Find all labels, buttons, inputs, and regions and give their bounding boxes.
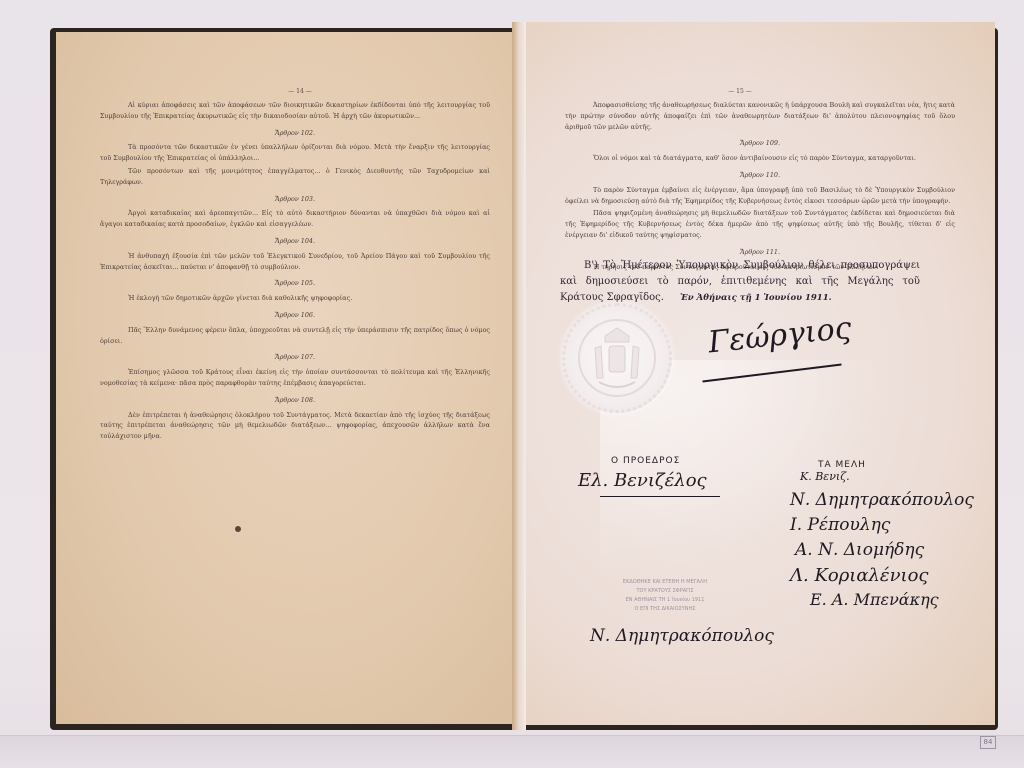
stamp-signature: Ν. Δημητρακόπουλος: [590, 626, 774, 646]
member-signature: Λ. Κοριαλένιος: [790, 565, 929, 586]
paragraph: Πᾶς Ἕλλην δυνάμενος φέρειν ὅπλα, ὑποχρεο…: [100, 325, 490, 347]
stamp-line: Ο ΕΠΙ ΤΗΣ ΔΙΚΑΙΟΣΥΝΗΣ: [605, 605, 725, 614]
paragraph: Τὰ προσόντα τῶν δικαστικῶν ἐν γένει ὑπαλ…: [100, 142, 490, 164]
right-page-text: Ἀποφασισθείσης τῆς ἀναθεωρήσεως διαλύετα…: [565, 100, 955, 274]
article-heading: Ἄρθρον 105.: [100, 278, 490, 289]
president-signature: Ελ. Βενιζέλος: [578, 470, 707, 491]
member-signature: Α. Ν. Διομήδης: [795, 540, 924, 560]
state-seal-emblem: [562, 303, 672, 413]
member-signature: Ι. Ρέπουλης: [790, 515, 890, 535]
article-heading: Ἄρθρον 104.: [100, 236, 490, 247]
paragraph: Ἡ ἐκλογὴ τῶν δημοτικῶν ἀρχῶν γίνεται διὰ…: [100, 293, 490, 304]
publication-stamp: ΕΚΔΟΘΗΚΕ ΚΑΙ ΕΤΕΘΗ Η ΜΕΓΑΛΗ ΤΟΥ ΚΡΑΤΟΥΣ …: [605, 578, 725, 614]
paragraph: Τὸ παρὸν Σύνταγμα ἐμβαίνει εἰς ἐνέργειαν…: [565, 185, 955, 207]
left-page-text: Αἱ κύριαι ἀποφάσεις καὶ τῶν ἀποφάσεων τῶ…: [100, 100, 490, 444]
member-signature: Ε. Α. Μπενάκης: [810, 590, 939, 609]
paragraph: Ἡ ἀνθυπαχὴ ἐξουσία ἐπὶ τῶν μελῶν τοῦ Ἐλε…: [100, 251, 490, 273]
left-page-number: — 14 —: [270, 88, 330, 95]
article-heading: Ἄρθρον 111.: [565, 247, 955, 258]
president-heading: Ο ΠΡΟΕΔΡΟΣ: [611, 456, 680, 466]
exhibit-label: 84: [980, 736, 996, 749]
paragraph: Ἐπίσημος γλῶσσα τοῦ Κράτους εἶναι ἐκείνη…: [100, 367, 490, 389]
paragraph: Ὅλοι οἱ νόμοι καὶ τὰ διατάγματα, καθ' ὅσ…: [565, 153, 955, 164]
article-heading: Ἄρθρον 103.: [100, 194, 490, 205]
paragraph: Δὲν ἐπιτρέπεται ἡ ἀναθεώρησις ὁλοκλήρου …: [100, 410, 490, 442]
right-page-number: — 15 —: [710, 88, 770, 95]
coat-of-arms-icon: [565, 306, 669, 410]
stamp-line: ΕΝ ΑΘΗΝΑΙΣ ΤΗ 1 Ἰουνίου 1911: [605, 596, 725, 605]
display-shelf: [0, 735, 1024, 768]
dateline: Ἐν Ἀθήναις τῇ 1 Ἰουνίου 1911.: [680, 293, 832, 303]
article-heading: Ἄρθρον 106.: [100, 310, 490, 321]
paragraph: Πᾶσα ψηφιζομένη ἀναθεώρησις μὴ θεμελιωδῶ…: [565, 208, 955, 240]
members-heading: ΤΑ ΜΕΛΗ: [818, 460, 866, 470]
article-heading: Ἄρθρον 109.: [565, 138, 955, 149]
paragraph: Ἀργοὶ καταδικαίας καὶ ἀρεοπαγιτῶν... Εἰς…: [100, 208, 490, 230]
member-signature: Κ. Βενιζ.: [800, 470, 850, 483]
ink-stain: [235, 526, 241, 532]
paragraph: Ἀποφασισθείσης τῆς ἀναθεωρήσεως διαλύετα…: [565, 100, 955, 132]
article-heading: Ἄρθρον 110.: [565, 170, 955, 181]
stamp-line: ΤΟΥ ΚΡΑΤΟΥΣ ΣΦΡΑΓΙΣ: [605, 587, 725, 596]
article-heading: Ἄρθρον 107.: [100, 352, 490, 363]
book-gutter: [512, 22, 526, 730]
stamp-line: ΕΚΔΟΘΗΚΕ ΚΑΙ ΕΤΕΘΗ Η ΜΕΓΑΛΗ: [605, 578, 725, 587]
president-signature-underline: [600, 496, 720, 497]
paragraph: Αἱ κύριαι ἀποφάσεις καὶ τῶν ἀποφάσεων τῶ…: [100, 100, 490, 122]
member-signature: Ν. Δημητρακόπουλος: [790, 490, 974, 510]
article-heading: Ἄρθρον 108.: [100, 395, 490, 406]
article-heading: Ἄρθρον 102.: [100, 128, 490, 139]
paragraph: Τῶν προσόντων καὶ τῆς μονιμότητος ἐπαγγέ…: [100, 166, 490, 188]
